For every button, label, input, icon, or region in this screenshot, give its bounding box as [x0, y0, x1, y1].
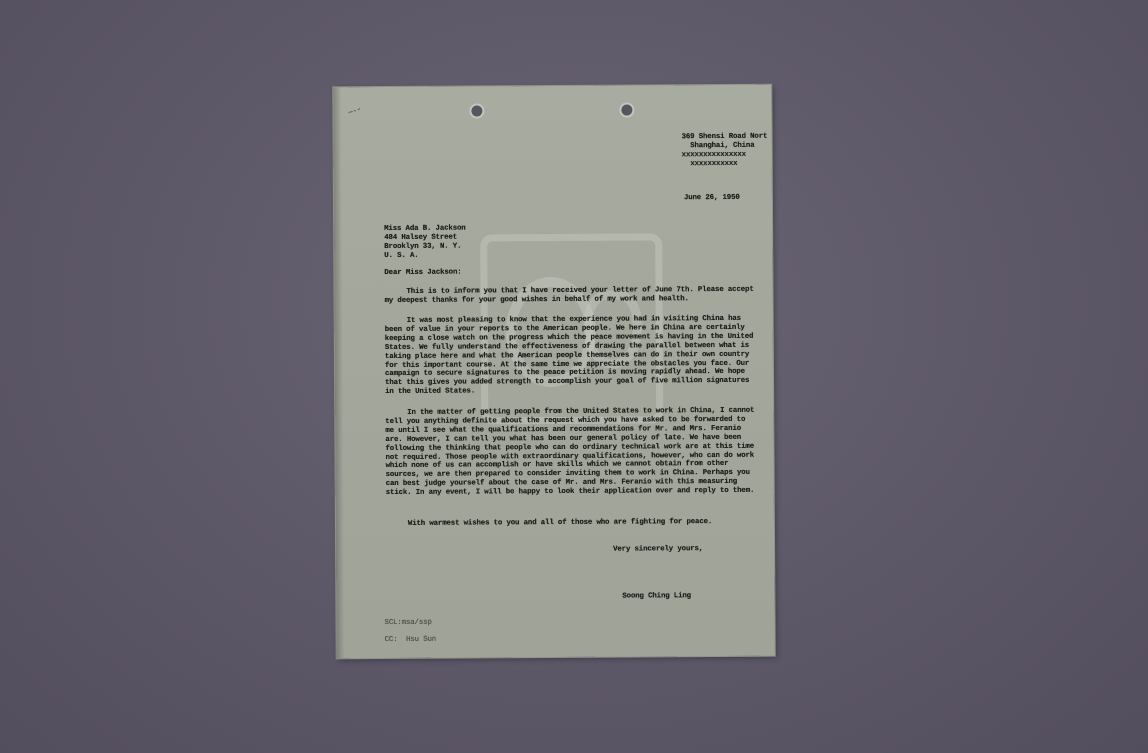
punch-hole: [621, 105, 632, 116]
letter-page: ~·- 369 Shensi Road Nort Shanghai, China…: [333, 85, 774, 659]
typist-initials: SCL:msa/ssp: [385, 619, 432, 628]
recipient-street: 484 Halsey Street: [384, 233, 457, 241]
struck-out-line: xxxxxxxxxxx: [690, 160, 737, 168]
body-paragraph: It was most pleasing to know that the ex…: [385, 315, 755, 397]
address-line: 369 Shensi Road Nort: [682, 133, 768, 142]
salutation: Dear Miss Jackson:: [384, 269, 461, 278]
pencil-mark: ~·-: [347, 98, 379, 119]
struck-out-line: xxxxxxxxxxxxxxx: [682, 151, 746, 159]
recipient-address: Miss Ada B. Jackson 484 Halsey Street Br…: [384, 225, 466, 261]
recipient-name: Miss Ada B. Jackson: [384, 225, 465, 233]
body-paragraph: With warmest wishes to you and all of th…: [386, 518, 756, 529]
signature-name: Soong Ching Ling: [622, 592, 691, 601]
body-paragraph: In the matter of getting people from the…: [385, 407, 756, 498]
letter-date: June 26, 1950: [684, 194, 740, 203]
recipient-country: U. S. A.: [384, 252, 418, 260]
recipient-city: Brooklyn 33, N. Y.: [384, 242, 461, 250]
carbon-copy-line: CC: Hsu Sun: [385, 636, 436, 645]
sender-address: 369 Shensi Road Nort Shanghai, China xxx…: [682, 133, 768, 169]
punch-hole: [471, 105, 482, 116]
closing: Very sincerely yours,: [613, 545, 703, 554]
address-line: Shanghai, China: [690, 142, 754, 150]
body-paragraph: This is to inform you that I have receiv…: [384, 286, 754, 306]
